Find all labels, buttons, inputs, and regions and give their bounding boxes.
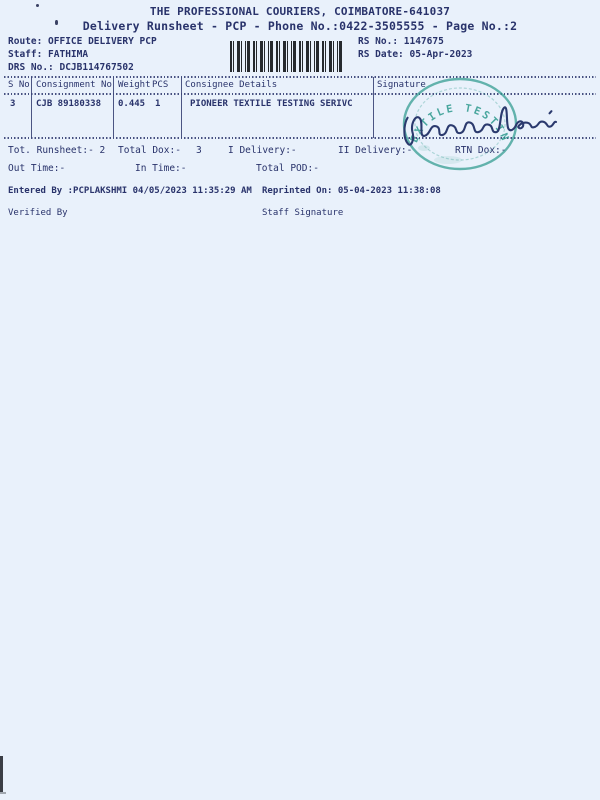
row-pcs: 1 — [155, 100, 160, 110]
row-sno: 3 — [10, 100, 15, 110]
scan-edge-mark — [0, 756, 3, 792]
col-header-pcs: PCS — [152, 81, 168, 91]
runsheet-title: Delivery Runsheet - PCP - Phone No.:0422… — [0, 20, 600, 33]
col-header-sno: S No — [8, 81, 30, 91]
runsheet-document: THE PROFESSIONAL COURIERS, COIMBATORE-64… — [0, 0, 600, 800]
company-title: THE PROFESSIONAL COURIERS, COIMBATORE-64… — [0, 6, 600, 18]
in-time: In Time:- — [135, 164, 186, 174]
col-header-consignee: Consignee Details — [185, 81, 277, 91]
out-time: Out Time:- — [8, 164, 65, 174]
scan-edge-mark — [0, 792, 6, 794]
rs-date-line: RS Date: 05-Apr-2023 — [358, 50, 472, 60]
row-consignment: CJB 89180338 — [36, 100, 101, 110]
runsheet-barcode — [230, 41, 345, 72]
staff-line: Staff: FATHIMA — [8, 50, 88, 60]
total-pod: Total POD:- — [256, 164, 319, 174]
scan-speck — [36, 4, 39, 7]
row-consignee: PIONEER TEXTILE TESTING SERIVC — [190, 100, 353, 110]
reprinted-on: Reprinted On: 05-04-2023 11:38:08 — [262, 187, 441, 197]
rs-no-line: RS No.: 1147675 — [358, 37, 444, 47]
i-delivery: I Delivery:- — [228, 146, 297, 156]
table-rule-4 — [373, 77, 374, 138]
verified-by: Verified By — [8, 209, 68, 219]
scan-speck — [55, 20, 58, 25]
row-weight: 0.445 — [118, 100, 145, 110]
entered-by: Entered By :PCPLAKSHMI 04/05/2023 11:35:… — [8, 187, 252, 197]
drs-no-line: DRS No.: DCJB114767502 — [8, 63, 134, 73]
col-header-weight: Weight — [118, 81, 151, 91]
table-rule-1 — [31, 77, 32, 138]
route-line: Route: OFFICE DELIVERY PCP — [8, 37, 157, 47]
col-header-consignment: Consignment No — [36, 81, 112, 91]
table-rule-2 — [113, 77, 114, 138]
table-rule-3 — [181, 77, 182, 138]
tot-runsheet: Tot. Runsheet:- 2 — [8, 146, 105, 156]
total-dox-label: Total Dox:- — [118, 146, 181, 156]
staff-signature-label: Staff Signature — [262, 209, 343, 219]
handwritten-signature — [400, 100, 558, 148]
total-dox-value: 3 — [196, 146, 202, 156]
